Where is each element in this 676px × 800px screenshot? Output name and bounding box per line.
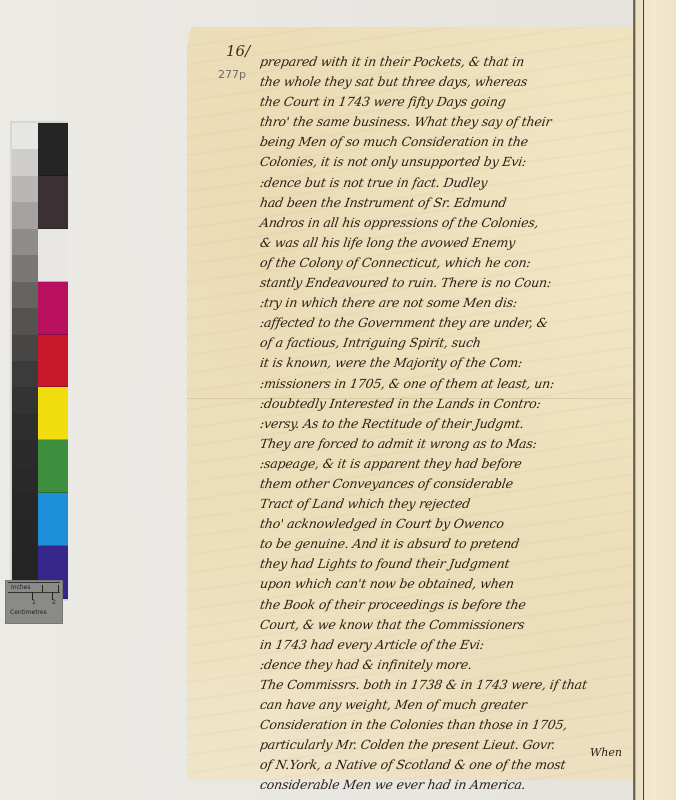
manuscript-line: of a factious, Intriguing Spirit, such: [259, 333, 602, 353]
manuscript-line: :dence but is not true in fact. Dudley: [259, 173, 602, 193]
manuscript-line: :try in which there are not some Men dis…: [259, 293, 602, 313]
grey-patch: [12, 176, 38, 202]
manuscript-line: thro' the same business. What they say o…: [259, 112, 602, 132]
manuscript-line: considerable Men we ever had in America.: [259, 775, 602, 795]
manuscript-line: the Book of their proceedings is before …: [259, 595, 602, 615]
binding-edge: [643, 0, 644, 800]
manuscript-line: prepared with it in their Pockets, & tha…: [259, 52, 602, 72]
ruler-tick: [58, 585, 59, 592]
manuscript-line: stantly Endeavoured to ruin. There is no…: [259, 273, 602, 293]
grey-patch: [12, 255, 38, 281]
grey-patch: [12, 335, 38, 361]
manuscript-line: :dence they had & infinitely more.: [259, 655, 602, 675]
manuscript-line: Court, & we know that the Commissioners: [259, 615, 602, 635]
cm-tick-1: 1: [32, 599, 36, 606]
manuscript-line: Tract of Land which they rejected: [259, 494, 602, 514]
scale-ruler: Inches 1 2 Centimetres: [5, 580, 63, 624]
handwritten-text: prepared with it in their Pockets, & tha…: [260, 52, 600, 795]
grey-patch: [12, 123, 38, 149]
manuscript-line: Consideration in the Colonies than those…: [259, 715, 602, 735]
manuscript-line: :versy. As to the Rectitude of their Jud…: [259, 414, 602, 434]
manuscript-line: of N.York, a Native of Scotland & one of…: [259, 755, 602, 775]
manuscript-line: in 1743 had every Article of the Evi:: [259, 635, 602, 655]
manuscript-line: :affected to the Government they are und…: [259, 313, 602, 333]
binding-spine: [633, 0, 676, 800]
manuscript-line: tho' acknowledged in Court by Owenco: [259, 514, 602, 534]
colour-patch-green: [38, 440, 68, 493]
colour-patch-magenta: [38, 282, 68, 335]
folio-number: 16/: [226, 42, 250, 60]
colour-patch-black: [38, 123, 68, 176]
colour-patch-yellow: [38, 387, 68, 440]
inches-label: Inches: [11, 584, 31, 591]
manuscript-line: Colonies, it is not only unsupported by …: [259, 152, 602, 172]
ruler-tick: [42, 585, 43, 592]
manuscript-line: particularly Mr. Colden the present Lieu…: [259, 735, 602, 755]
manuscript-line: had been the Instrument of Sr. Edmund: [259, 193, 602, 213]
manuscript-line: upon which can't now be obtained, when: [259, 574, 602, 594]
manuscript-line: can have any weight, Men of much greater: [259, 695, 602, 715]
manuscript-line: Andros in all his oppressions of the Col…: [259, 213, 602, 233]
manuscript-line: They are forced to admit it wrong as to …: [259, 434, 602, 454]
colour-calibration-target: [10, 121, 68, 601]
colour-patch-cyan: [38, 493, 68, 546]
manuscript-line: The Commissrs. both in 1738 & in 1743 we…: [259, 675, 602, 695]
colour-patch-dark-brown: [38, 176, 68, 229]
grey-patch: [12, 308, 38, 334]
greyscale-strip: [12, 123, 38, 599]
manuscript-line: they had Lights to found their Judgment: [259, 554, 602, 574]
manuscript-line: :doubtedly Interested in the Lands in Co…: [259, 394, 602, 414]
grey-patch: [12, 520, 38, 546]
manuscript-line: being Men of so much Consideration in th…: [259, 132, 602, 152]
cm-tick-2: 2: [52, 599, 56, 606]
colour-strip: [38, 123, 68, 599]
grey-patch: [12, 467, 38, 493]
manuscript-line: it is known, were the Majority of the Co…: [259, 353, 602, 373]
grey-patch: [12, 440, 38, 466]
pencil-annotation: 277p: [218, 68, 246, 81]
catchword: When: [590, 746, 622, 759]
manuscript-line: them other Conveyances of considerable: [259, 474, 602, 494]
manuscript-line: of the Colony of Connecticut, which he c…: [259, 253, 602, 273]
grey-patch: [12, 387, 38, 413]
colour-patch-white: [38, 229, 68, 282]
manuscript-line: :sapeage, & it is apparent they had befo…: [259, 454, 602, 474]
grey-patch: [12, 202, 38, 228]
manuscript-line: to be genuine. And it is absurd to prete…: [259, 534, 602, 554]
manuscript-line: :missioners in 1705, & one of them at le…: [259, 374, 602, 394]
grey-patch: [12, 229, 38, 255]
grey-patch: [12, 361, 38, 387]
grey-patch: [12, 149, 38, 175]
grey-patch: [12, 282, 38, 308]
centimetres-label: Centimetres: [10, 609, 47, 616]
manuscript-line: & was all his life long the avowed Enemy: [259, 233, 602, 253]
grey-patch: [12, 546, 38, 572]
grey-patch: [12, 414, 38, 440]
manuscript-line: the Court in 1743 were fifty Days going: [259, 92, 602, 112]
colour-patch-red: [38, 335, 68, 388]
grey-patch: [12, 493, 38, 519]
manuscript-line: the whole they sat but three days, where…: [259, 72, 602, 92]
